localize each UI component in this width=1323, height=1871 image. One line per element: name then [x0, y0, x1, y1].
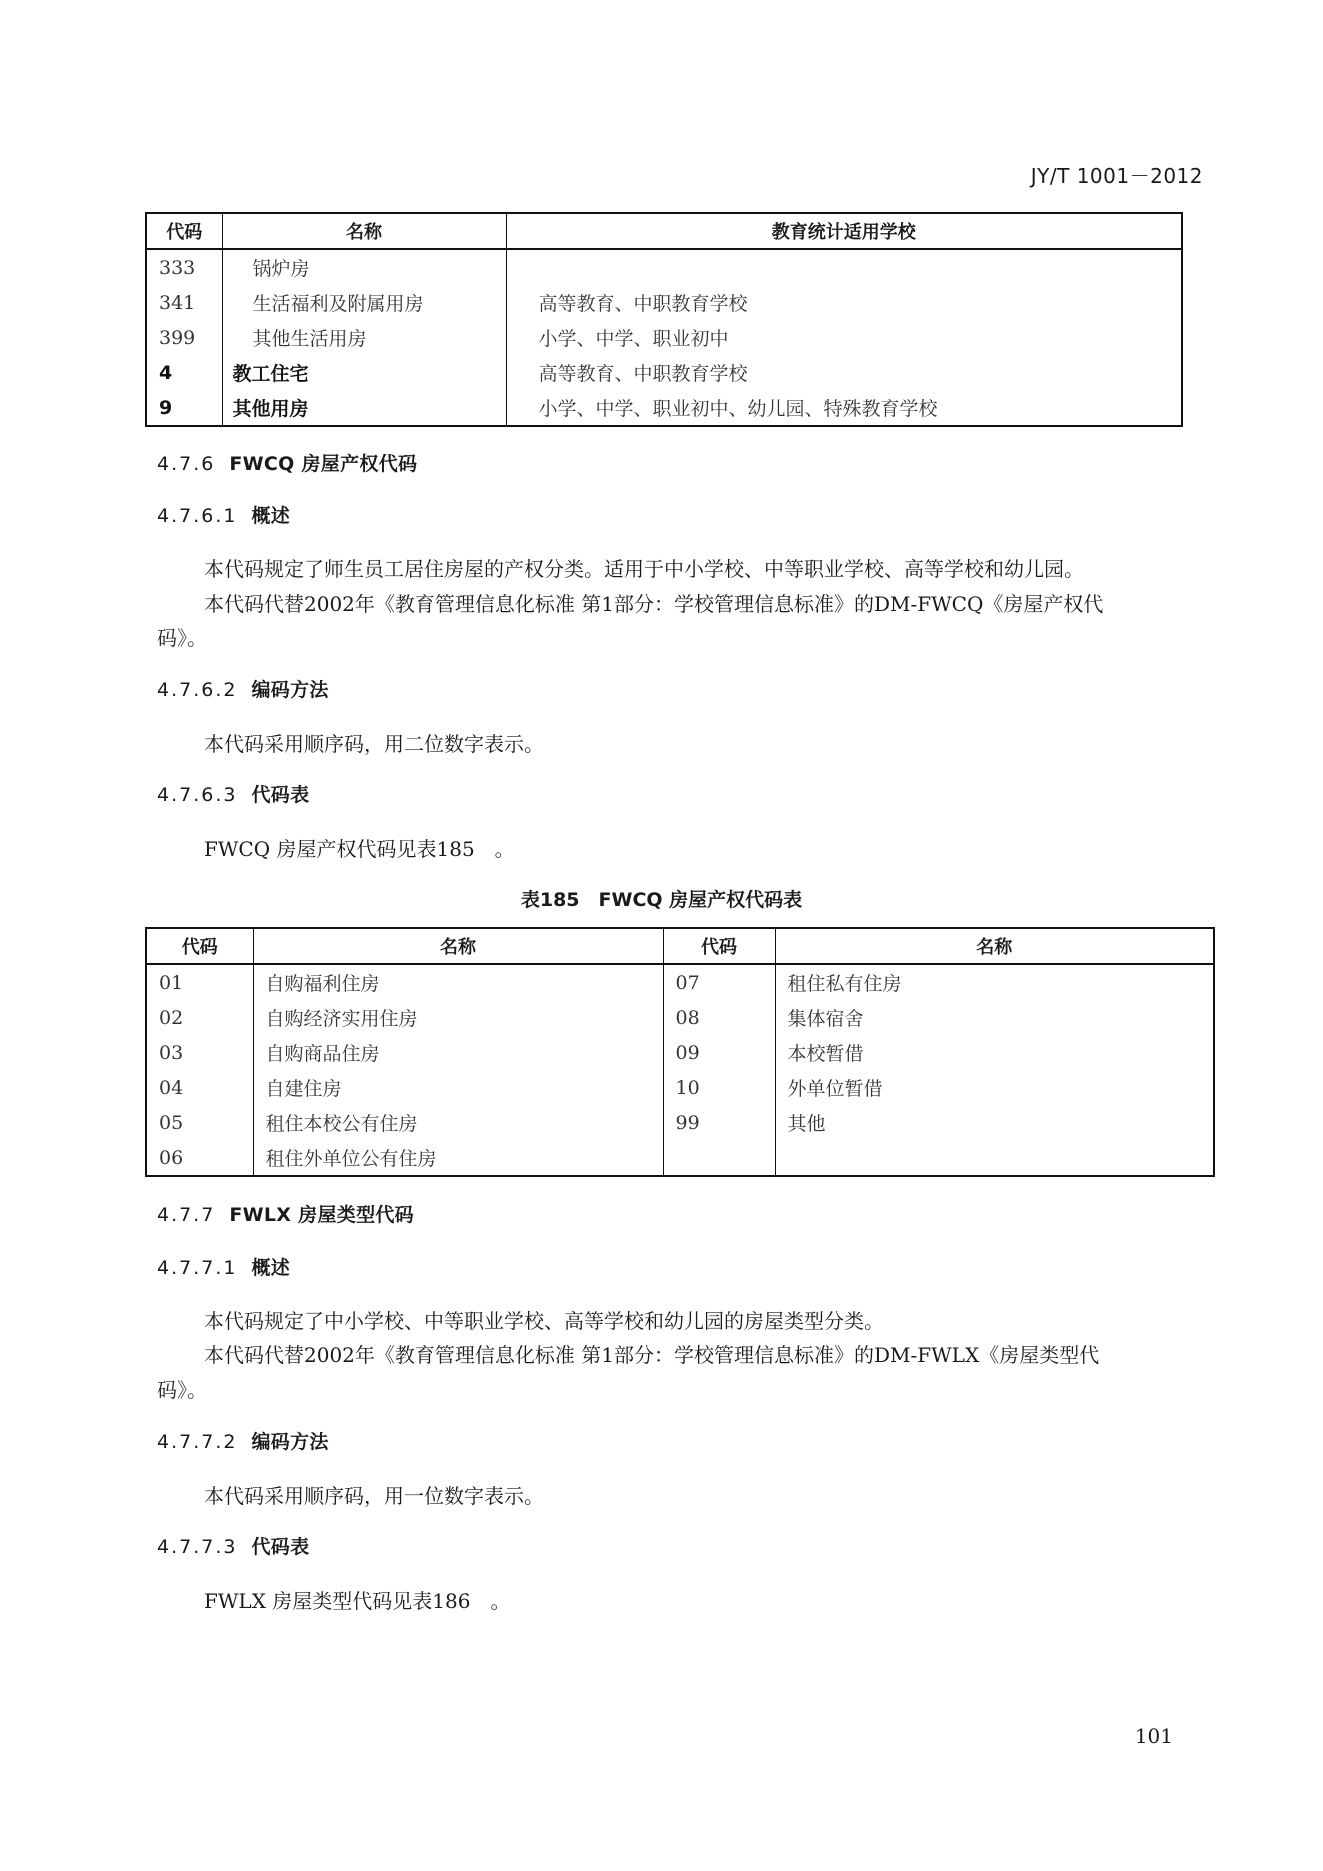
section-number: 4.7.6.1	[157, 505, 237, 527]
name-cell: 租住本校公有住房	[253, 1105, 663, 1140]
name-cell: 租住私有住房	[775, 964, 1214, 1000]
standard-identifier: JY/T 1001－2012	[1031, 160, 1203, 189]
table-row: 4 教工住宅 高等教育、中职教育学校	[146, 355, 1182, 390]
table-row: 05 租住本校公有住房 99 其他	[146, 1105, 1214, 1140]
column-header-code: 代码	[663, 928, 775, 964]
section-number: 4.7.7.3	[157, 1536, 237, 1558]
section-title: 编码方法	[251, 1431, 328, 1453]
section-title: 概述	[251, 505, 290, 527]
column-header-schools: 教育统计适用学校	[506, 213, 1182, 249]
code-cell: 02	[146, 1000, 253, 1035]
section-title: 编码方法	[251, 679, 328, 701]
subsection-heading-4-7-6-3: 4.7.6.3代码表	[157, 780, 309, 807]
table-row: 03 自购商品住房 09 本校暂借	[146, 1035, 1214, 1070]
paragraph: FWLX 房屋类型代码见表186 。	[204, 1585, 510, 1614]
paragraph-continuation: 码》。	[157, 622, 207, 651]
name-cell: 其他用房	[222, 390, 506, 426]
subsection-heading-4-7-7-3: 4.7.7.3代码表	[157, 1532, 309, 1559]
name-cell	[775, 1140, 1214, 1176]
section-title: 代码表	[251, 1536, 309, 1558]
code-cell: 07	[663, 964, 775, 1000]
table-row: 9 其他用房 小学、中学、职业初中、幼儿园、特殊教育学校	[146, 390, 1182, 426]
name-cell: 自购经济实用住房	[253, 1000, 663, 1035]
table-row: 01 自购福利住房 07 租住私有住房	[146, 964, 1214, 1000]
name-cell: 锅炉房	[222, 249, 506, 285]
housing-ownership-code-table: 代码 名称 代码 名称 01 自购福利住房 07 租住私有住房 02 自购经济实…	[145, 927, 1215, 1177]
schools-cell: 小学、中学、职业初中、幼儿园、特殊教育学校	[506, 390, 1182, 426]
section-title: FWLX 房屋类型代码	[229, 1204, 414, 1226]
name-cell: 教工住宅	[222, 355, 506, 390]
section-number: 4.7.7.2	[157, 1431, 237, 1453]
paragraph: 本代码规定了师生员工居住房屋的产权分类。适用于中小学校、中等职业学校、高等学校和…	[204, 553, 1084, 582]
table-row: 02 自购经济实用住房 08 集体宿舍	[146, 1000, 1214, 1035]
section-number: 4.7.7.1	[157, 1257, 237, 1279]
subsection-heading-4-7-7-1: 4.7.7.1概述	[157, 1253, 290, 1280]
code-cell: 04	[146, 1070, 253, 1105]
subsection-heading-4-7-7-2: 4.7.7.2编码方法	[157, 1427, 329, 1454]
paragraph: 本代码采用顺序码，用一位数字表示。	[204, 1480, 544, 1509]
name-cell: 本校暂借	[775, 1035, 1214, 1070]
schools-cell: 高等教育、中职教育学校	[506, 285, 1182, 320]
schools-cell: 高等教育、中职教育学校	[506, 355, 1182, 390]
section-number: 4.7.6.2	[157, 679, 237, 701]
section-number: 4.7.6.3	[157, 784, 237, 806]
paragraph: 本代码代替2002年《教育管理信息化标准 第1部分：学校管理信息标准》的DM-F…	[204, 588, 1103, 617]
table-row: 06 租住外单位公有住房	[146, 1140, 1214, 1176]
code-cell: 03	[146, 1035, 253, 1070]
subsection-heading-4-7-6-2: 4.7.6.2编码方法	[157, 675, 329, 702]
table-row: 04 自建住房 10 外单位暂借	[146, 1070, 1214, 1105]
name-cell: 自购福利住房	[253, 964, 663, 1000]
name-cell: 其他	[775, 1105, 1214, 1140]
section-title: 概述	[251, 1257, 290, 1279]
paragraph: FWCQ 房屋产权代码见表185 。	[204, 833, 515, 862]
section-heading-4-7-7: 4.7.7FWLX 房屋类型代码	[157, 1200, 414, 1227]
paragraph: 本代码规定了中小学校、中等职业学校、高等学校和幼儿园的房屋类型分类。	[204, 1305, 884, 1334]
column-header-name: 名称	[253, 928, 663, 964]
code-cell: 333	[146, 249, 222, 285]
schools-cell	[506, 249, 1182, 285]
paragraph-continuation: 码》。	[157, 1374, 207, 1403]
name-cell: 自购商品住房	[253, 1035, 663, 1070]
code-cell: 341	[146, 285, 222, 320]
table-row: 341 生活福利及附属用房 高等教育、中职教育学校	[146, 285, 1182, 320]
table-row: 399 其他生活用房 小学、中学、职业初中	[146, 320, 1182, 355]
name-cell: 外单位暂借	[775, 1070, 1214, 1105]
name-cell: 生活福利及附属用房	[222, 285, 506, 320]
code-cell: 01	[146, 964, 253, 1000]
section-number: 4.7.6	[157, 453, 215, 475]
section-title: 代码表	[251, 784, 309, 806]
section-heading-4-7-6: 4.7.6FWCQ 房屋产权代码	[157, 449, 417, 476]
paragraph: 本代码代替2002年《教育管理信息化标准 第1部分：学校管理信息标准》的DM-F…	[204, 1339, 1099, 1368]
code-cell: 99	[663, 1105, 775, 1140]
column-header-name: 名称	[222, 213, 506, 249]
paragraph: 本代码采用顺序码，用二位数字表示。	[204, 728, 544, 757]
name-cell: 其他生活用房	[222, 320, 506, 355]
code-cell: 08	[663, 1000, 775, 1035]
column-header-code: 代码	[146, 213, 222, 249]
code-cell: 05	[146, 1105, 253, 1140]
page-number: 101	[1135, 1724, 1173, 1748]
code-cell: 09	[663, 1035, 775, 1070]
table-row: 333 锅炉房	[146, 249, 1182, 285]
code-cell: 06	[146, 1140, 253, 1176]
section-title: FWCQ 房屋产权代码	[229, 453, 417, 475]
name-cell: 租住外单位公有住房	[253, 1140, 663, 1176]
schools-cell: 小学、中学、职业初中	[506, 320, 1182, 355]
column-header-name: 名称	[775, 928, 1214, 964]
subsection-heading-4-7-6-1: 4.7.6.1概述	[157, 501, 290, 528]
code-cell	[663, 1140, 775, 1176]
code-cell: 10	[663, 1070, 775, 1105]
table-caption: 表185 FWCQ 房屋产权代码表	[0, 885, 1323, 912]
code-cell: 399	[146, 320, 222, 355]
column-header-code: 代码	[146, 928, 253, 964]
section-number: 4.7.7	[157, 1204, 215, 1226]
code-cell: 9	[146, 390, 222, 426]
name-cell: 集体宿舍	[775, 1000, 1214, 1035]
housing-use-code-table-continued: 代码 名称 教育统计适用学校 333 锅炉房 341 生活福利及附属用房 高等教…	[145, 212, 1183, 427]
code-cell: 4	[146, 355, 222, 390]
name-cell: 自建住房	[253, 1070, 663, 1105]
